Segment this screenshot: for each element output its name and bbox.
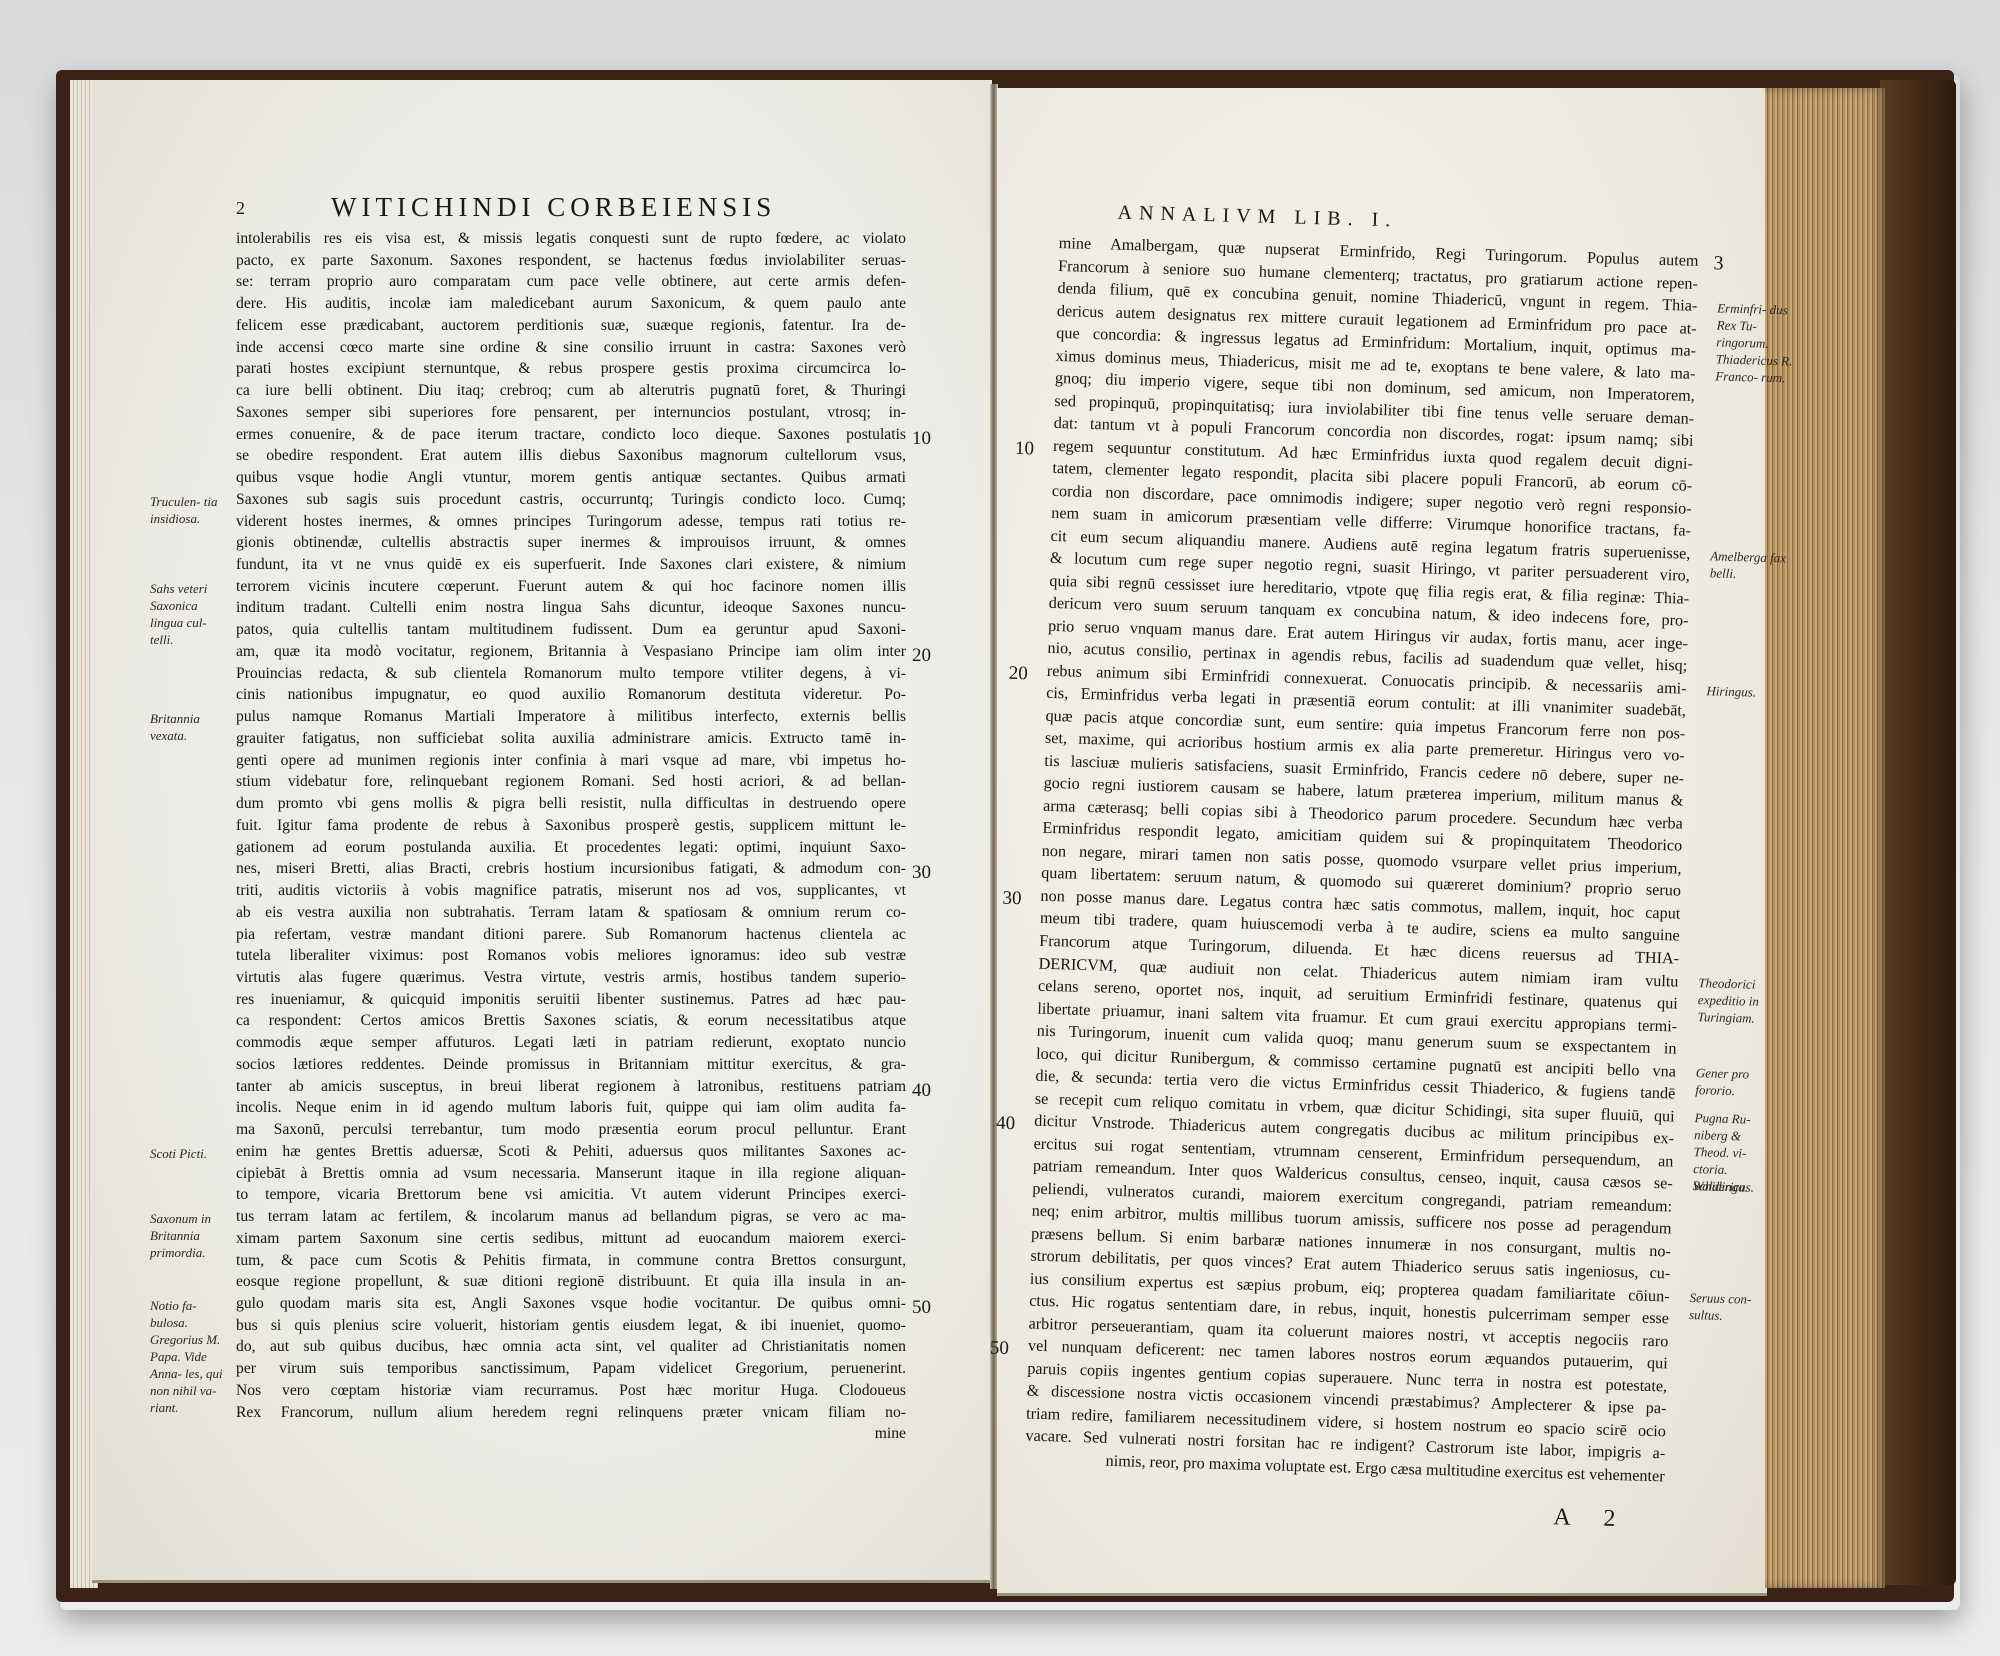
text-line: nes, miseri Bretti, alias Bracti, crebri… xyxy=(236,858,906,880)
text-line: patos, quia cultellis tantam multitudine… xyxy=(236,619,906,641)
margin-note: Gener pro fororio. xyxy=(1695,1064,1778,1100)
line-number: 10 xyxy=(1015,437,1035,460)
text-line: ab eis vestra auxilia non subtrahatis. T… xyxy=(236,902,906,924)
text-line: Prouincias redacta, & sub clientela Roma… xyxy=(236,663,906,685)
left-folio: 2 xyxy=(236,198,245,219)
text-line: eosque regione propellunt, & suæ ditioni… xyxy=(236,1271,906,1293)
text-line: mine xyxy=(236,1423,906,1445)
text-line: quibus vsque hodie Angli vtuntur, morem … xyxy=(236,467,906,489)
text-line: ca iure belli obtinent. Diu itaq; crebro… xyxy=(236,380,906,402)
text-line: terrorem vicinis incutere cœperunt. Fuer… xyxy=(236,576,906,598)
text-line: pulus namque Romanus Martiali Imperatore… xyxy=(236,706,906,728)
text-line: intolerabilis res eis visa est, & missis… xyxy=(236,228,906,250)
text-line: virtutis alas fugere quærimus. Vestra vi… xyxy=(236,967,906,989)
text-line: felicem esse prædicabant, auctorem perdi… xyxy=(236,315,906,337)
line-number: 20 xyxy=(1008,662,1028,685)
text-line: enim hæ gentes Brettis aduersæ, Scoti & … xyxy=(236,1141,906,1163)
text-line: dum promto vbi gens mollis & pigra belli… xyxy=(236,793,906,815)
signature-mark: A 2 xyxy=(1553,1504,1630,1533)
text-line: Saxones semper sibi superiores fore pens… xyxy=(236,402,906,424)
margin-note: Theodorici expeditio in Turingiam. xyxy=(1697,974,1780,1027)
margin-note: Erminfri- dus Rex Tu- ringorum. Thiaderi… xyxy=(1715,299,1799,386)
left-running-title: WITICHINDI CORBEIENSIS xyxy=(331,192,776,223)
text-line: res inueniamur, & quicquid imponitis ser… xyxy=(236,989,906,1011)
text-line: fuit. Igitur fama prodente de rebus à Sa… xyxy=(236,815,906,837)
text-line: gulo quodam maris sita est, Angli Saxone… xyxy=(236,1293,906,1315)
margin-note: Britannia vexata. xyxy=(150,710,232,744)
text-line: genti opere ad munimen regionis inter co… xyxy=(236,750,906,772)
text-line: tum, & pace cum Scotis & Pehitis firmata… xyxy=(236,1250,906,1272)
margin-note: Sahs veteri Saxonica lingua cul- telli. xyxy=(150,580,232,648)
text-line: ca respondent: Certos amicos Brettis Sax… xyxy=(236,1010,906,1032)
text-line: tus terram latam ac fertilem, & incolaru… xyxy=(236,1206,906,1228)
line-number: 10 xyxy=(912,428,931,450)
left-text-block: intolerabilis res eis visa est, & missis… xyxy=(236,228,906,1445)
text-line: viderent hostes inermes, & omnes princip… xyxy=(236,511,906,533)
right-folio: 3 xyxy=(1713,252,1724,275)
text-line: parati hostes excipiunt sternuntque, & r… xyxy=(236,358,906,380)
text-line: commodis æque semper affuturos. Legati l… xyxy=(236,1032,906,1054)
line-number: 40 xyxy=(996,1112,1016,1135)
text-line: ximam partem Saxonum sine certis sedibus… xyxy=(236,1228,906,1250)
text-line: grauiter fatigatus, non sufficiebat soli… xyxy=(236,728,906,750)
margin-note: Hiringus. xyxy=(1706,682,1788,701)
text-line: stium videbatur fore, relinquebant regio… xyxy=(236,771,906,793)
margin-note: Notio fa- bulosa. Gregorius M. Papa. Vid… xyxy=(150,1297,232,1416)
text-line: pia refertam, vestræ mandant ditioni par… xyxy=(236,924,906,946)
text-line: pacto, ex parte Saxonum. Saxones respond… xyxy=(236,250,906,272)
text-line: gationem ad eorum postulanda auxilia. Et… xyxy=(236,837,906,859)
book-cover-fore-edge xyxy=(1880,80,1956,1585)
text-line: incolis. Neque enim in id agendo multum … xyxy=(236,1097,906,1119)
text-line: Nos vero cœptam historiæ viam recurramus… xyxy=(236,1380,906,1402)
text-line: do, aut sub quibus ducibus, hæc omnia ac… xyxy=(236,1336,906,1358)
text-line: fundunt, ita vt ne vnus quidē ex eis sup… xyxy=(236,554,906,576)
text-line: se obedire respondent. Erat autem illis … xyxy=(236,445,906,467)
text-line: se: terram proprio auro comparatam cum p… xyxy=(236,271,906,293)
text-line: socios lætiores reddentes. Deinde promis… xyxy=(236,1054,906,1076)
text-line: tanter ab amicis susceptus, in breui lib… xyxy=(236,1076,906,1098)
text-line: am, quæ ita modò vocitatur, regionem, Br… xyxy=(236,641,906,663)
text-line: to tempore, vicaria Brettorum bene vsi a… xyxy=(236,1184,906,1206)
text-line: cinis nationibus impugnatur, eo quod aux… xyxy=(236,684,906,706)
left-running-head: 2 WITICHINDI CORBEIENSIS xyxy=(236,192,906,228)
text-line: per virum suis temporibus sanctissimum, … xyxy=(236,1358,906,1380)
text-line: ma Saxonū, perculsi terrebantur, tum mod… xyxy=(236,1119,906,1141)
margin-note: Truculen- tia insidiosa. xyxy=(150,493,232,527)
margin-note: Scoti Picti. xyxy=(150,1145,232,1162)
text-line: inditum tradant. Cultelli enim nostra li… xyxy=(236,597,906,619)
margin-note: Amelberga fax belli. xyxy=(1710,547,1793,583)
text-line: tutela liberaliter viximus: post Romanos… xyxy=(236,945,906,967)
line-number: 40 xyxy=(912,1080,931,1102)
margin-note: Seruus con- sultus. xyxy=(1689,1289,1772,1325)
text-line: bus si quis plenius scire voluerit, hist… xyxy=(236,1315,906,1337)
line-number: 30 xyxy=(912,862,931,884)
line-number: 20 xyxy=(912,645,931,667)
line-number: 50 xyxy=(912,1297,931,1319)
right-text-block: mine Amalbergam, quæ nupserat Erminfrido… xyxy=(1025,232,1699,1488)
text-line: Rex Francorum, nullum alium heredem regn… xyxy=(236,1402,906,1424)
text-line: cipiebāt à Brettis omnia ad vsum necessa… xyxy=(236,1163,906,1185)
text-line: gionis obtinendæ, cultellis abstractis s… xyxy=(236,532,906,554)
text-line: ermes conuenire, & de pace iterum tracta… xyxy=(236,424,906,446)
margin-note: Saxonum in Britannia primordia. xyxy=(150,1210,232,1261)
text-line: dere. His auditis, incolæ iam malediceba… xyxy=(236,293,906,315)
line-number: 30 xyxy=(1002,887,1022,910)
right-page-content: ANNALIVM LIB. I. 3 mine Amalbergam, quæ … xyxy=(1023,200,1760,1559)
text-line: inde accensi cœco marte sine ordine & si… xyxy=(236,337,906,359)
text-line: Saxones sub sagis suis procedunt castris… xyxy=(236,489,906,511)
margin-note: Waldericus. xyxy=(1692,1177,1774,1196)
line-number: 50 xyxy=(990,1337,1010,1360)
text-line: triti, auditis victoriis à vobis magnifi… xyxy=(236,880,906,902)
